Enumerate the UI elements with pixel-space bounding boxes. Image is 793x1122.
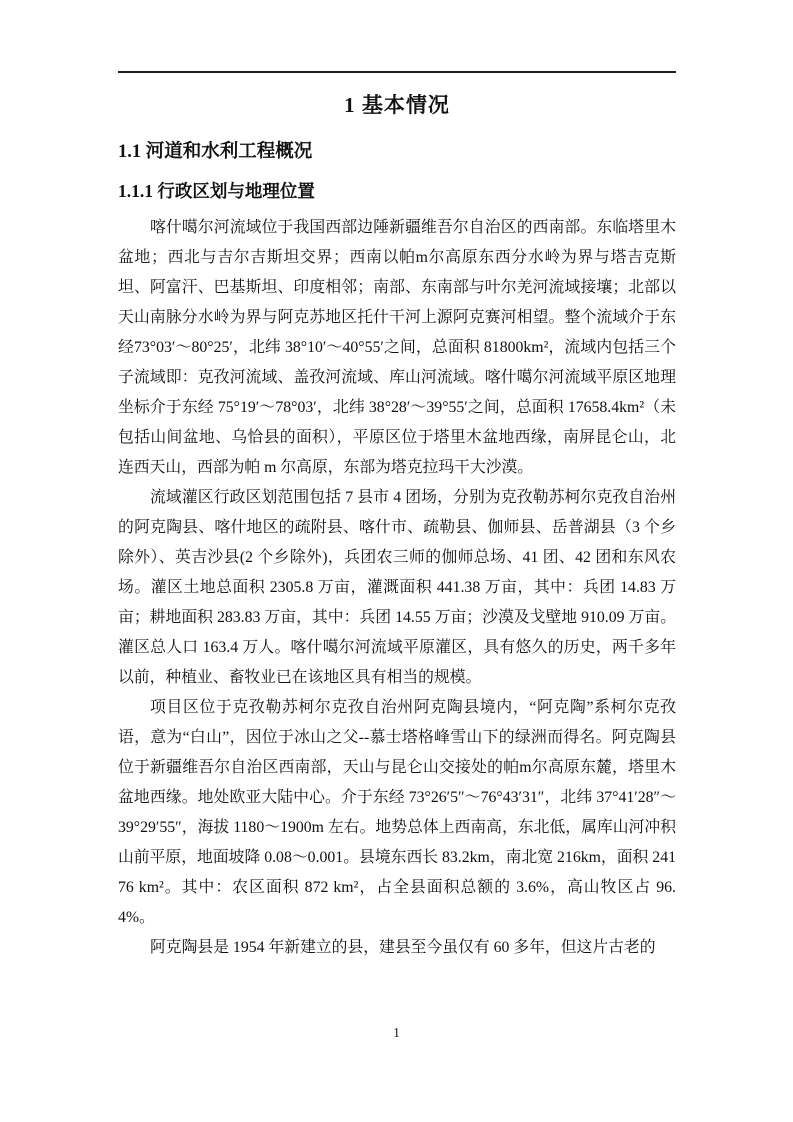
chapter-title: 1 基本情况 xyxy=(118,90,676,120)
body-text: 喀什噶尔河流域位于我国西部边陲新疆维吾尔自治区的西南部。东临塔里木盆地；西北与吉… xyxy=(118,213,676,963)
paragraph-project-area: 项目区位于克孜勒苏柯尔克孜自治州阿克陶县境内，“阿克陶”系柯尔克孜语，意为“白山… xyxy=(118,693,676,933)
header-rule xyxy=(118,71,676,73)
subsection-heading: 1.1.1 行政区划与地理位置 xyxy=(118,179,676,204)
paragraph-basin-overview: 喀什噶尔河流域位于我国西部边陲新疆维吾尔自治区的西南部。东临塔里木盆地；西北与吉… xyxy=(118,213,676,483)
paragraph-county-history: 阿克陶县是 1954 年新建立的县，建县至今虽仅有 60 多年，但这片古老的 xyxy=(118,933,676,963)
page-content: 1 基本情况 1.1 河道和水利工程概况 1.1.1 行政区划与地理位置 喀什噶… xyxy=(0,71,793,963)
document-page: 1 基本情况 1.1 河道和水利工程概况 1.1.1 行政区划与地理位置 喀什噶… xyxy=(0,0,793,1122)
page-number: 1 xyxy=(0,1026,793,1042)
paragraph-irrigation-district: 流域灌区行政区划范围包括 7 县市 4 团场，分别为克孜勒苏柯尔克孜自治州的阿克… xyxy=(118,483,676,693)
section-heading: 1.1 河道和水利工程概况 xyxy=(118,139,676,166)
